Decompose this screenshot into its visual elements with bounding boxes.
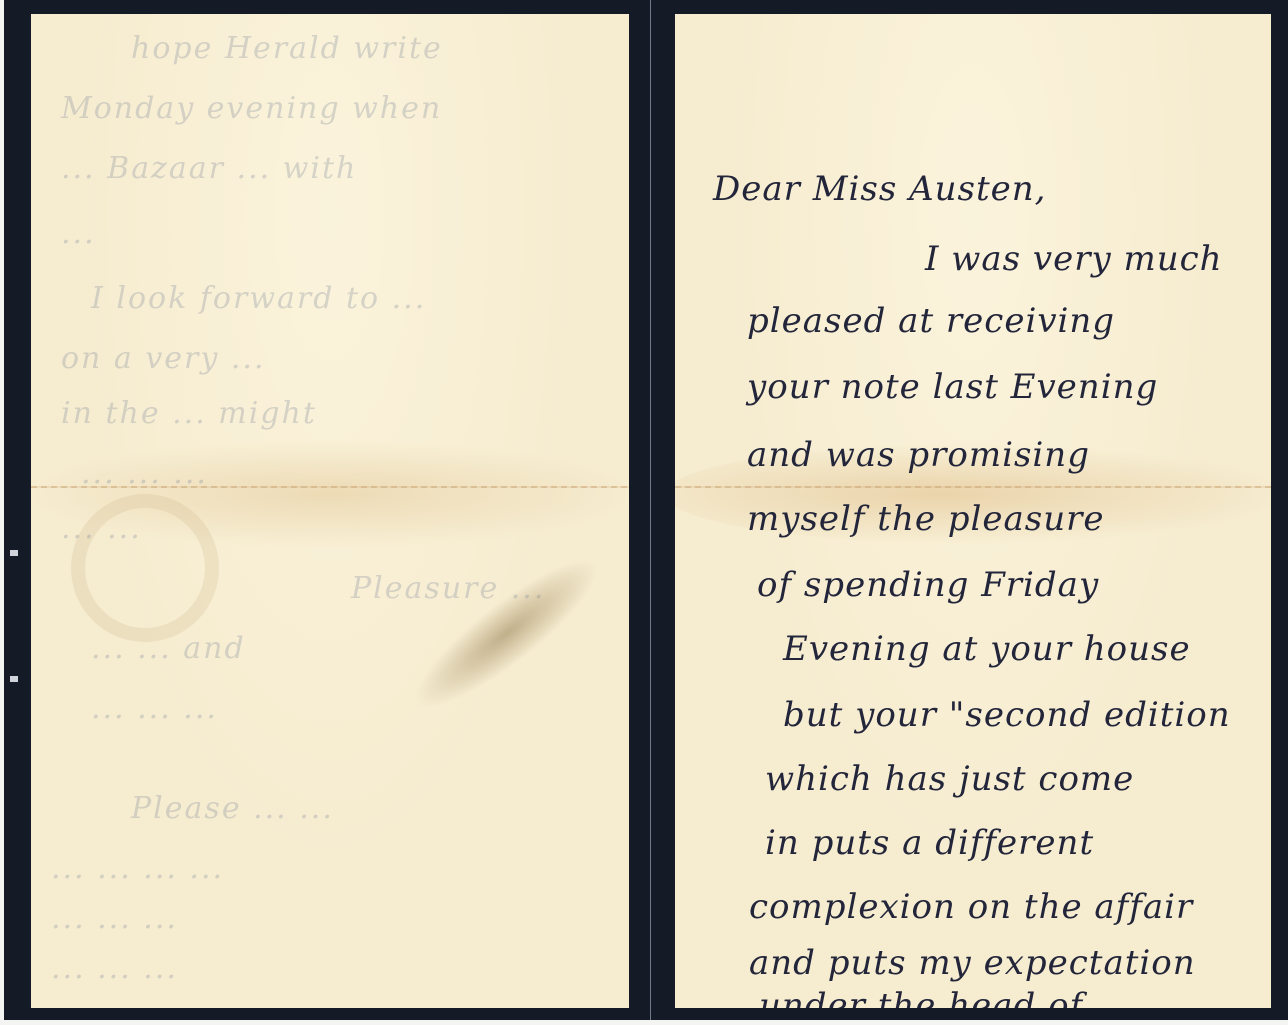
bleed-line: ... ... and — [91, 634, 246, 664]
bleed-line: ... ... ... — [91, 694, 218, 724]
letter-line: in puts a different — [765, 826, 1094, 860]
bleed-line: ... ... ... — [51, 904, 178, 934]
bleed-line: ... ... ... ... — [51, 854, 224, 884]
bleed-line: ... ... — [61, 514, 142, 544]
gutter-crease — [650, 0, 651, 1020]
bleed-line: ... ... ... — [51, 954, 178, 984]
letter-line: your note last Evening — [747, 370, 1158, 404]
letter-line: I was very much — [925, 242, 1223, 276]
bleed-line: on a very ... — [61, 344, 265, 374]
bleed-line: ... Bazaar ... with — [61, 154, 357, 184]
letter-line: of spending Friday — [757, 568, 1099, 602]
scan-edge-mark — [10, 550, 18, 556]
letter-line: but your "second edition — [783, 698, 1231, 732]
bleed-line: I look forward to ... — [91, 284, 426, 314]
letter-line: which has just come — [765, 762, 1134, 796]
letter-line: and was promising — [747, 438, 1090, 472]
left-page: hope Herald write Monday evening when ..… — [31, 14, 629, 1008]
bleed-line: hope Herald write — [131, 34, 443, 64]
letter-scan: hope Herald write Monday evening when ..… — [4, 0, 1288, 1020]
horizontal-fold — [675, 486, 1271, 488]
letter-line: complexion on the affair — [749, 890, 1193, 924]
right-page: Dear Miss Austen, I was very much please… — [675, 14, 1271, 1008]
diagonal-stain — [397, 540, 615, 729]
letter-line: Evening at your house — [783, 632, 1191, 666]
letter-line: under the head of — [759, 989, 1083, 1008]
letter-line: and puts my expectation — [749, 946, 1196, 980]
scan-edge-mark — [10, 676, 18, 682]
salutation: Dear Miss Austen, — [713, 172, 1047, 206]
letter-line: pleased at receiving — [747, 304, 1115, 338]
bleed-line: ... — [61, 219, 96, 249]
bleed-line: Monday evening when — [61, 94, 442, 124]
bleed-line: Pleasure ... — [351, 574, 545, 604]
bleed-line: in the ... might — [61, 399, 317, 429]
bleed-line: ... ... ... — [81, 459, 208, 489]
letter-line: myself the pleasure — [747, 502, 1105, 536]
bleed-line: Please ... ... — [131, 794, 334, 824]
